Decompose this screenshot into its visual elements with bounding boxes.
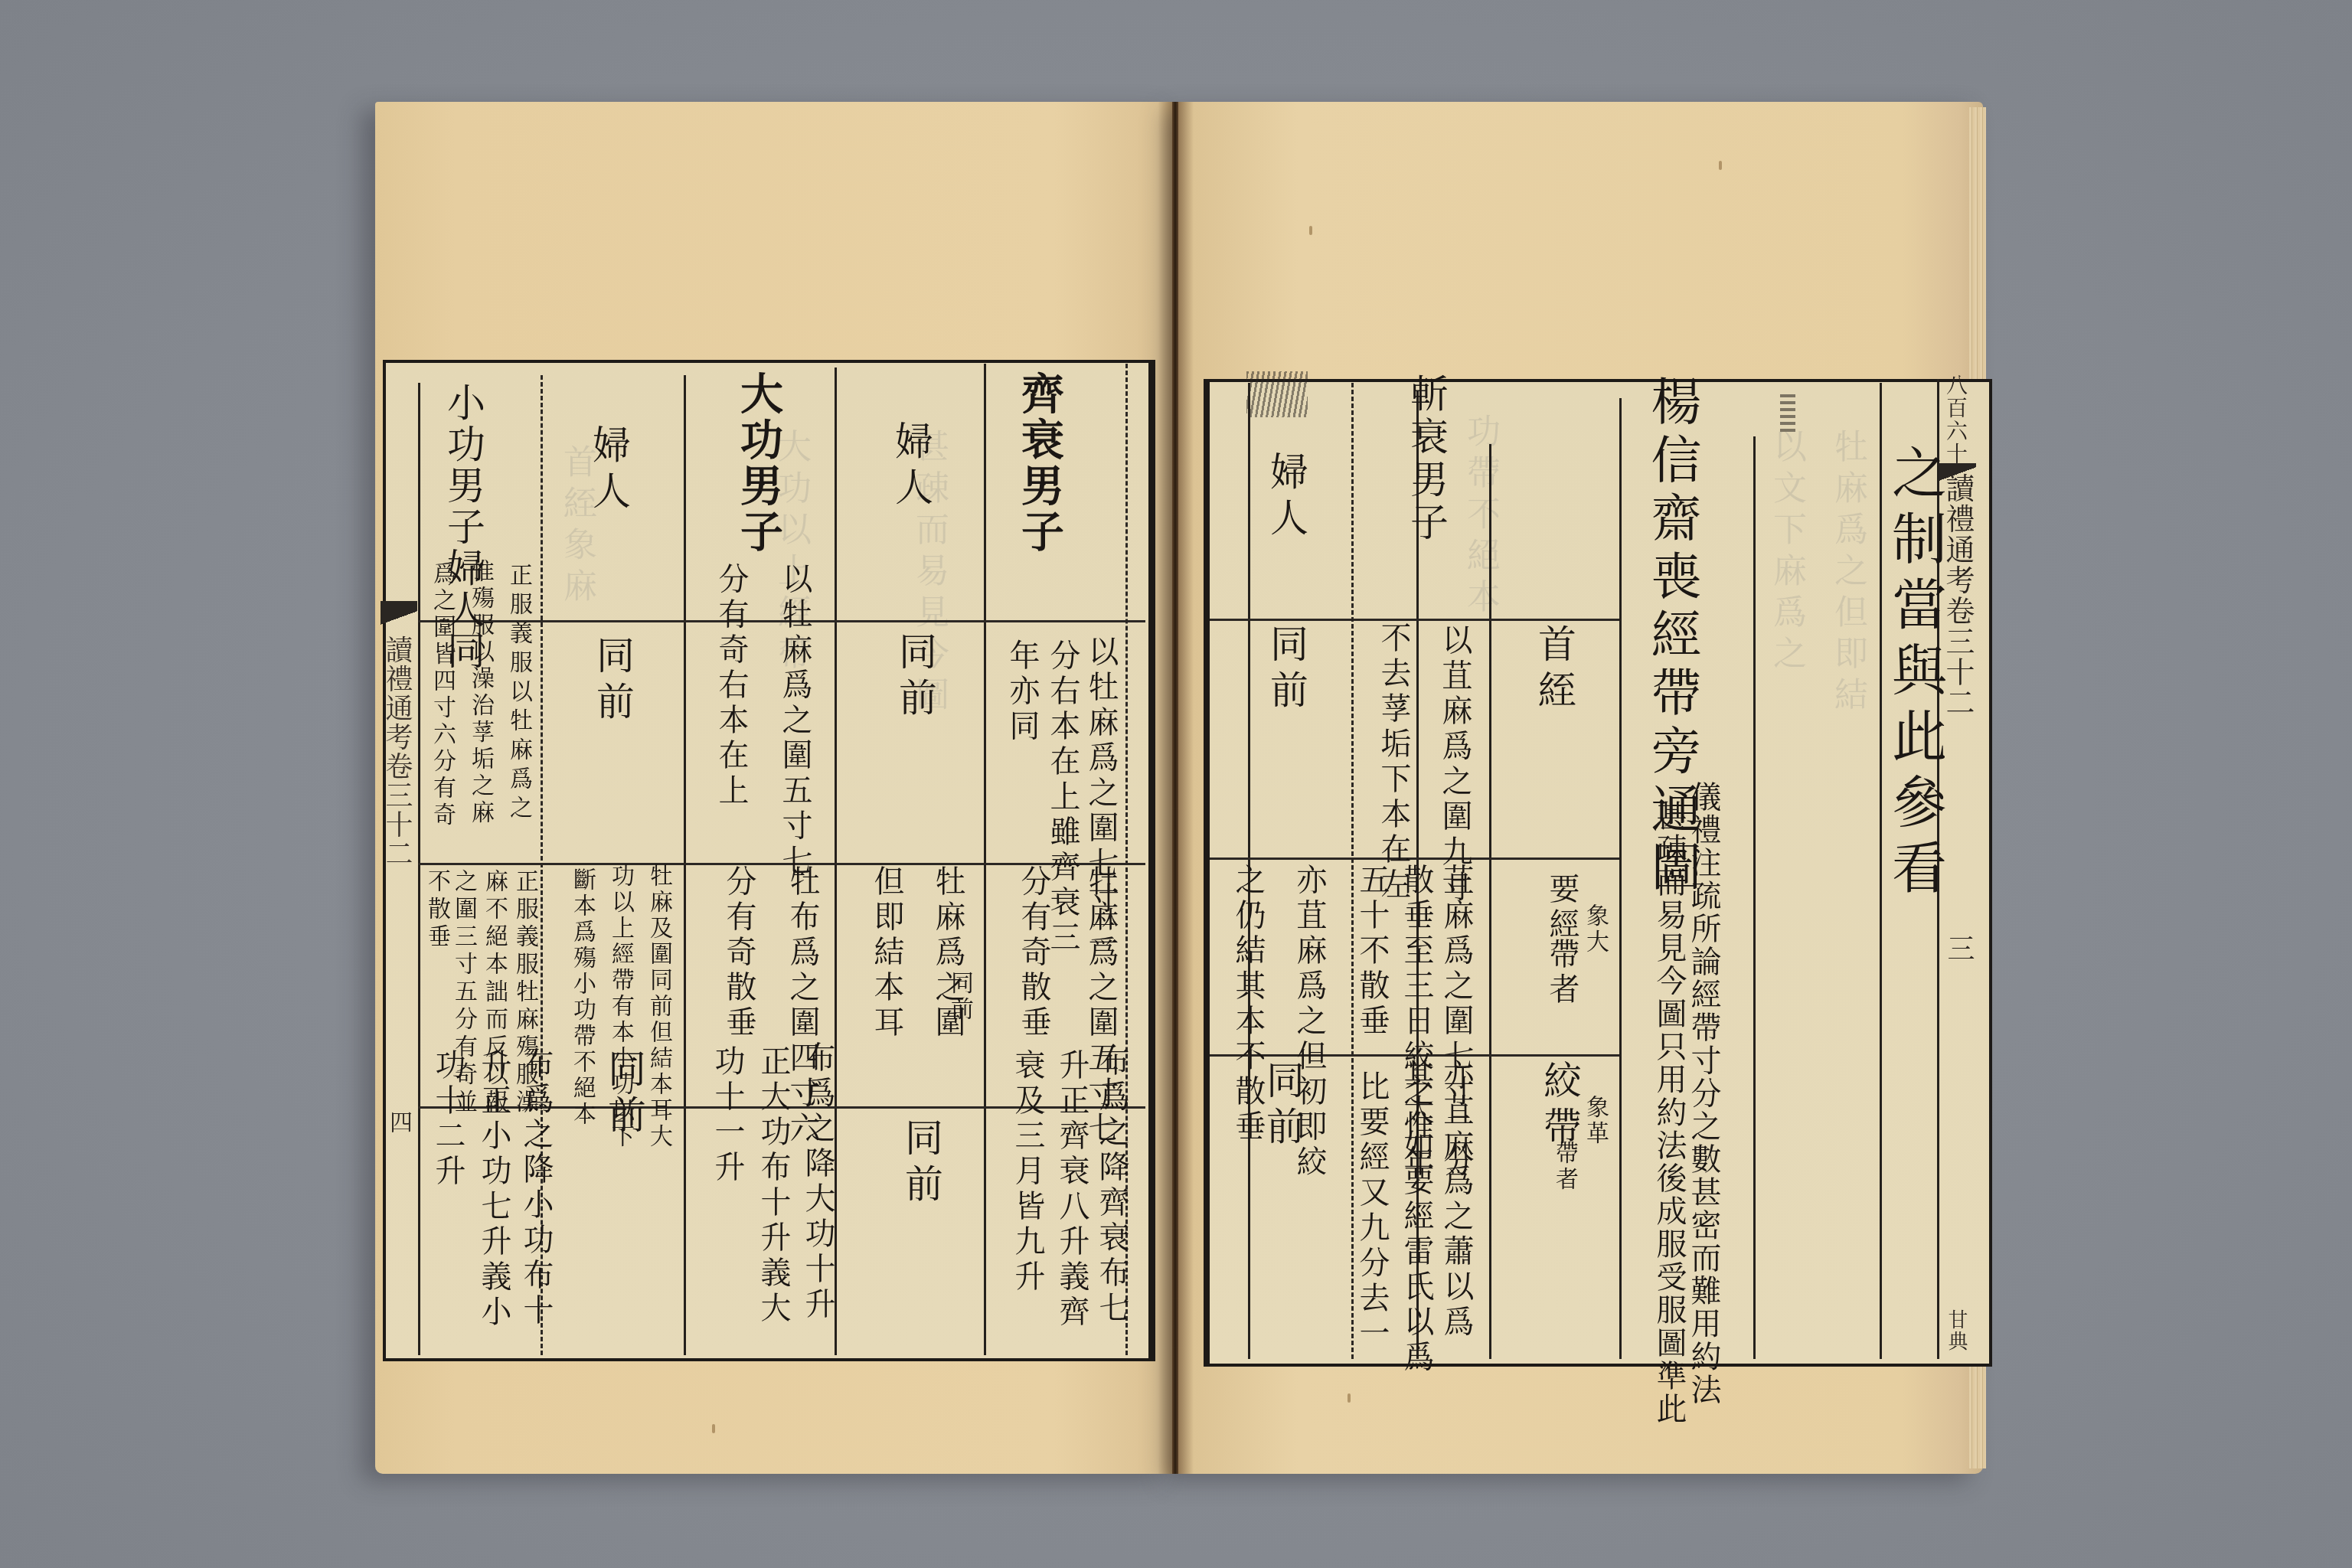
label-jiao-dai-line2: 帶者 (1553, 1141, 1576, 1193)
zhan-cui-jiao-dai-text: 亦苴麻爲之蕭以爲 (1441, 1059, 1472, 1341)
right-folio-number: 三 (1945, 934, 1972, 963)
column-divider (1880, 383, 1882, 1359)
da-gong-furen-yao-die: 牡麻及圍同前但結本耳大 (647, 864, 670, 1150)
qi-cui-shou-die-text: 年亦同 (1007, 639, 1037, 745)
qi-cui-jiao-dai-text: 布爲之降齊衰布七 (1096, 1045, 1127, 1327)
qi-cui-furen-shou-die: 同前 (896, 632, 934, 724)
xiao-gong-jiao-dai-text: 功十二升 (433, 1049, 463, 1190)
paper-speck (1719, 161, 1722, 170)
row-divider (1210, 619, 1619, 621)
furen-jiao-dai: 同前 (1263, 1060, 1302, 1152)
label-jiao-dai: 絞帶 (1540, 1060, 1579, 1152)
column-divider (1753, 436, 1756, 1359)
column-divider (1351, 383, 1354, 1359)
bottom-mark: 甘典 (1946, 1309, 1966, 1352)
header-da-gong-nanzi: 大功男子 (737, 371, 780, 555)
qi-cui-furen-yao-die: 但即結本耳 (871, 865, 902, 1041)
label-yao-die-note: 象大 (1583, 903, 1606, 955)
furen-yao-die-text: 之仍結其本不散垂 (1233, 864, 1263, 1145)
qi-cui-shou-die-text: 分右本在上雖齊衰三 (1047, 639, 1078, 956)
column-divider (984, 364, 986, 1355)
closing-note: 之制當與此參看 (1887, 444, 1942, 905)
header-zhan-cui-furen: 婦人 (1267, 452, 1305, 544)
paper-speck (712, 1424, 715, 1433)
qi-cui-jiao-dai-text: 升正齊衰八升義齊 (1057, 1049, 1087, 1331)
header-qi-cui-furen: 婦人 (892, 421, 930, 513)
title-note: 甚疎而易見今圖只用約法後成服受服圖準此 (1654, 800, 1684, 1426)
right-fish-tail-label: 讀禮通考卷三十二 (1943, 473, 1972, 718)
show-through-text: 以文下麻爲之 (1761, 429, 1811, 677)
qi-cui-furen-yao-die-note: 同前 (948, 971, 971, 1023)
da-gong-shou-die-text: 分有奇右本在上 (716, 563, 746, 809)
da-gong-shou-die-text: 以牡麻爲之圍五寸七 (779, 563, 810, 880)
xiao-gong-jiao-dai-text: 布爲之降小功布十 (521, 1047, 551, 1329)
worn-glyph-mark (1780, 394, 1795, 433)
header-zhan-cui-nanzi: 斬衰男子 (1407, 374, 1445, 545)
qi-cui-furen-jiao-dai: 同前 (902, 1118, 940, 1210)
label-yao-die: 要經 (1547, 873, 1577, 943)
zhan-cui-shou-die-text: 不去莩垢下本在左 (1378, 622, 1409, 903)
zhan-cui-jiao-dai-text: 其大如要經雷氏以爲 (1401, 1059, 1432, 1376)
column-divider (684, 375, 686, 1355)
paper-speck (1347, 1393, 1351, 1403)
row-divider (1210, 857, 1619, 860)
da-gong-jiao-dai-text: 功十一升 (712, 1045, 743, 1186)
xiao-gong-yao-die-text: 不散垂 (425, 869, 448, 952)
da-gong-furen-shou-die: 同前 (593, 635, 632, 727)
da-gong-furen-jiao-dai: 同前 (605, 1049, 643, 1141)
column-divider (418, 383, 420, 1355)
column-divider (1619, 398, 1622, 1359)
column-divider (1489, 444, 1491, 1359)
xiao-gong-shou-die-text: 正服義服以牡麻爲之 (507, 563, 530, 825)
da-gong-jiao-dai-text: 正大功布十升義大 (758, 1045, 789, 1327)
header-da-gong-furen: 婦人 (590, 425, 628, 517)
fish-tail-mark-icon (381, 601, 417, 635)
show-through-text: 牡麻爲之但即結 (1822, 429, 1873, 718)
da-gong-yao-die-text: 分有奇散垂 (724, 865, 754, 1041)
left-folio-number: 四 (387, 1110, 410, 1135)
paper-speck (1309, 226, 1312, 235)
title-note: 儀禮注疏所論經帶寸分之數甚密而難用約法 (1688, 781, 1719, 1406)
xiao-gong-shou-die-text: 爲之圍皆四寸六分有奇 (430, 561, 453, 829)
xiao-gong-jiao-dai-text: 升正小功七升義小 (479, 1049, 509, 1331)
left-spine-label: 讀禮通考卷三十二 (383, 635, 410, 868)
label-jiao-dai-note: 象革 (1583, 1095, 1606, 1147)
da-gong-jiao-dai-text: 布爲之降大功十升 (802, 1041, 833, 1323)
qi-cui-jiao-dai-text: 衰及三月皆九升 (1012, 1049, 1043, 1295)
show-through-text: 功帶不絕本 (1455, 413, 1505, 620)
label-yao-die-line2: 帶者 (1547, 938, 1577, 1008)
qi-cui-yao-die-text: 分有奇散垂 (1018, 865, 1049, 1041)
xiao-gong-shou-die-text: 惟殤服以澡治莩垢之麻 (469, 559, 492, 827)
zhan-cui-yao-die-text: 五十不散垂 (1357, 864, 1387, 1040)
header-qi-cui-nanzi: 齊衰男子 (1018, 371, 1061, 555)
furen-shou-die: 同前 (1267, 624, 1305, 716)
book-gutter (1172, 102, 1178, 1474)
worn-print-block (1246, 371, 1308, 417)
da-gong-furen-yao-die: 斷本爲殤小功帶不絕本 (570, 867, 593, 1128)
label-shou-die: 首絰 (1535, 624, 1573, 716)
zhan-cui-jiao-dai-text: 比要經又九分去一 (1357, 1070, 1387, 1352)
